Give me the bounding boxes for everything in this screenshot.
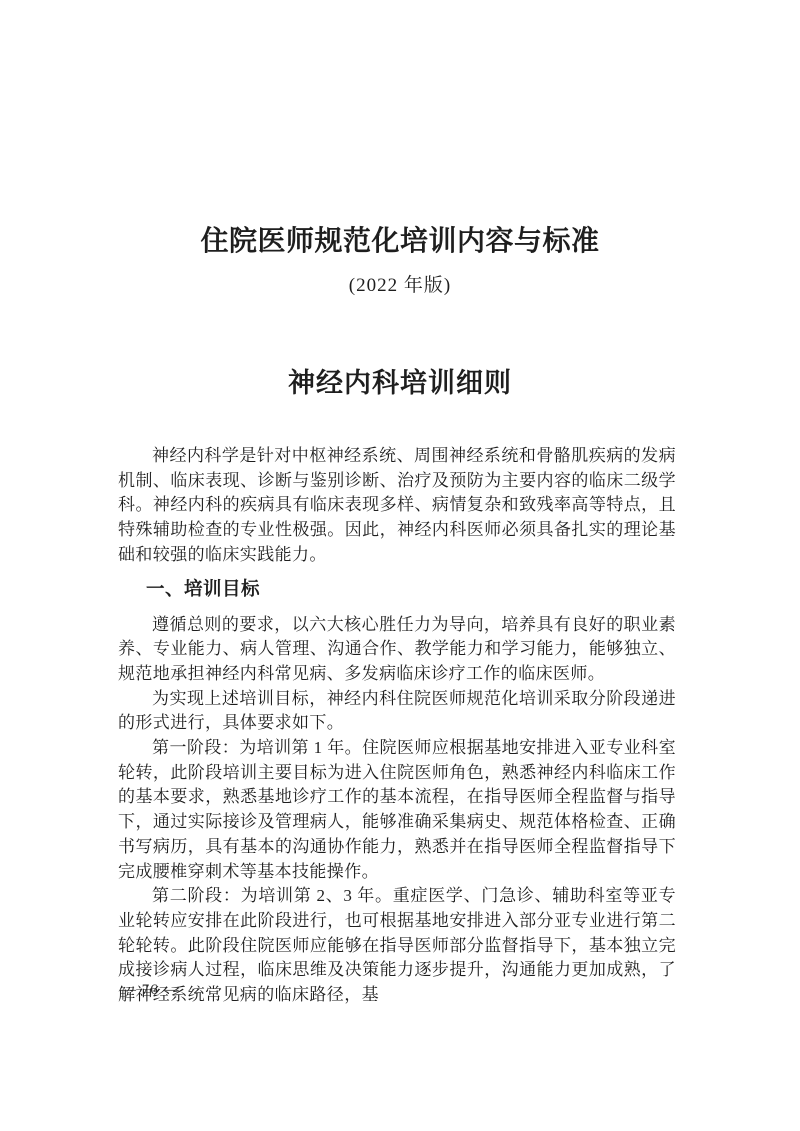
paragraph-stage1: 第一阶段：为培训第 1 年。住院医师应根据基地安排进入亚专业科室轮转，此阶段培训… [118,736,676,884]
intro-paragraph: 神经内科学是针对中枢神经系统、周围神经系统和骨骼肌疾病的发病机制、临床表现、诊断… [118,444,676,568]
section-title: 神经内科培训细则 [0,368,800,399]
paragraph-stage2: 第二阶段：为培训第 2、3 年。重症医学、门急诊、辅助科室等亚专业轮转应安排在此… [118,884,676,1008]
document-page: 住院医师规范化培训内容与标准 (2022 年版) 神经内科培训细则 神经内科学是… [0,0,800,1131]
paragraph-goals: 遵循总则的要求，以六大核心胜任力为导向，培养具有良好的职业素养、专业能力、病人管… [118,613,676,687]
body-text-column: 神经内科学是针对中枢神经系统、周围神经系统和骨骼肌疾病的发病机制、临床表现、诊断… [118,444,676,1008]
paragraph-stages-intro: 为实现上述培训目标，神经内科住院医师规范化培训采取分阶段递进的形式进行，具体要求… [118,687,676,736]
page-number: — 76 — [121,982,180,999]
doc-edition: (2022 年版) [0,274,800,298]
doc-title: 住院医师规范化培训内容与标准 [0,226,800,258]
heading-training-goals: 一、培训目标 [118,578,676,600]
